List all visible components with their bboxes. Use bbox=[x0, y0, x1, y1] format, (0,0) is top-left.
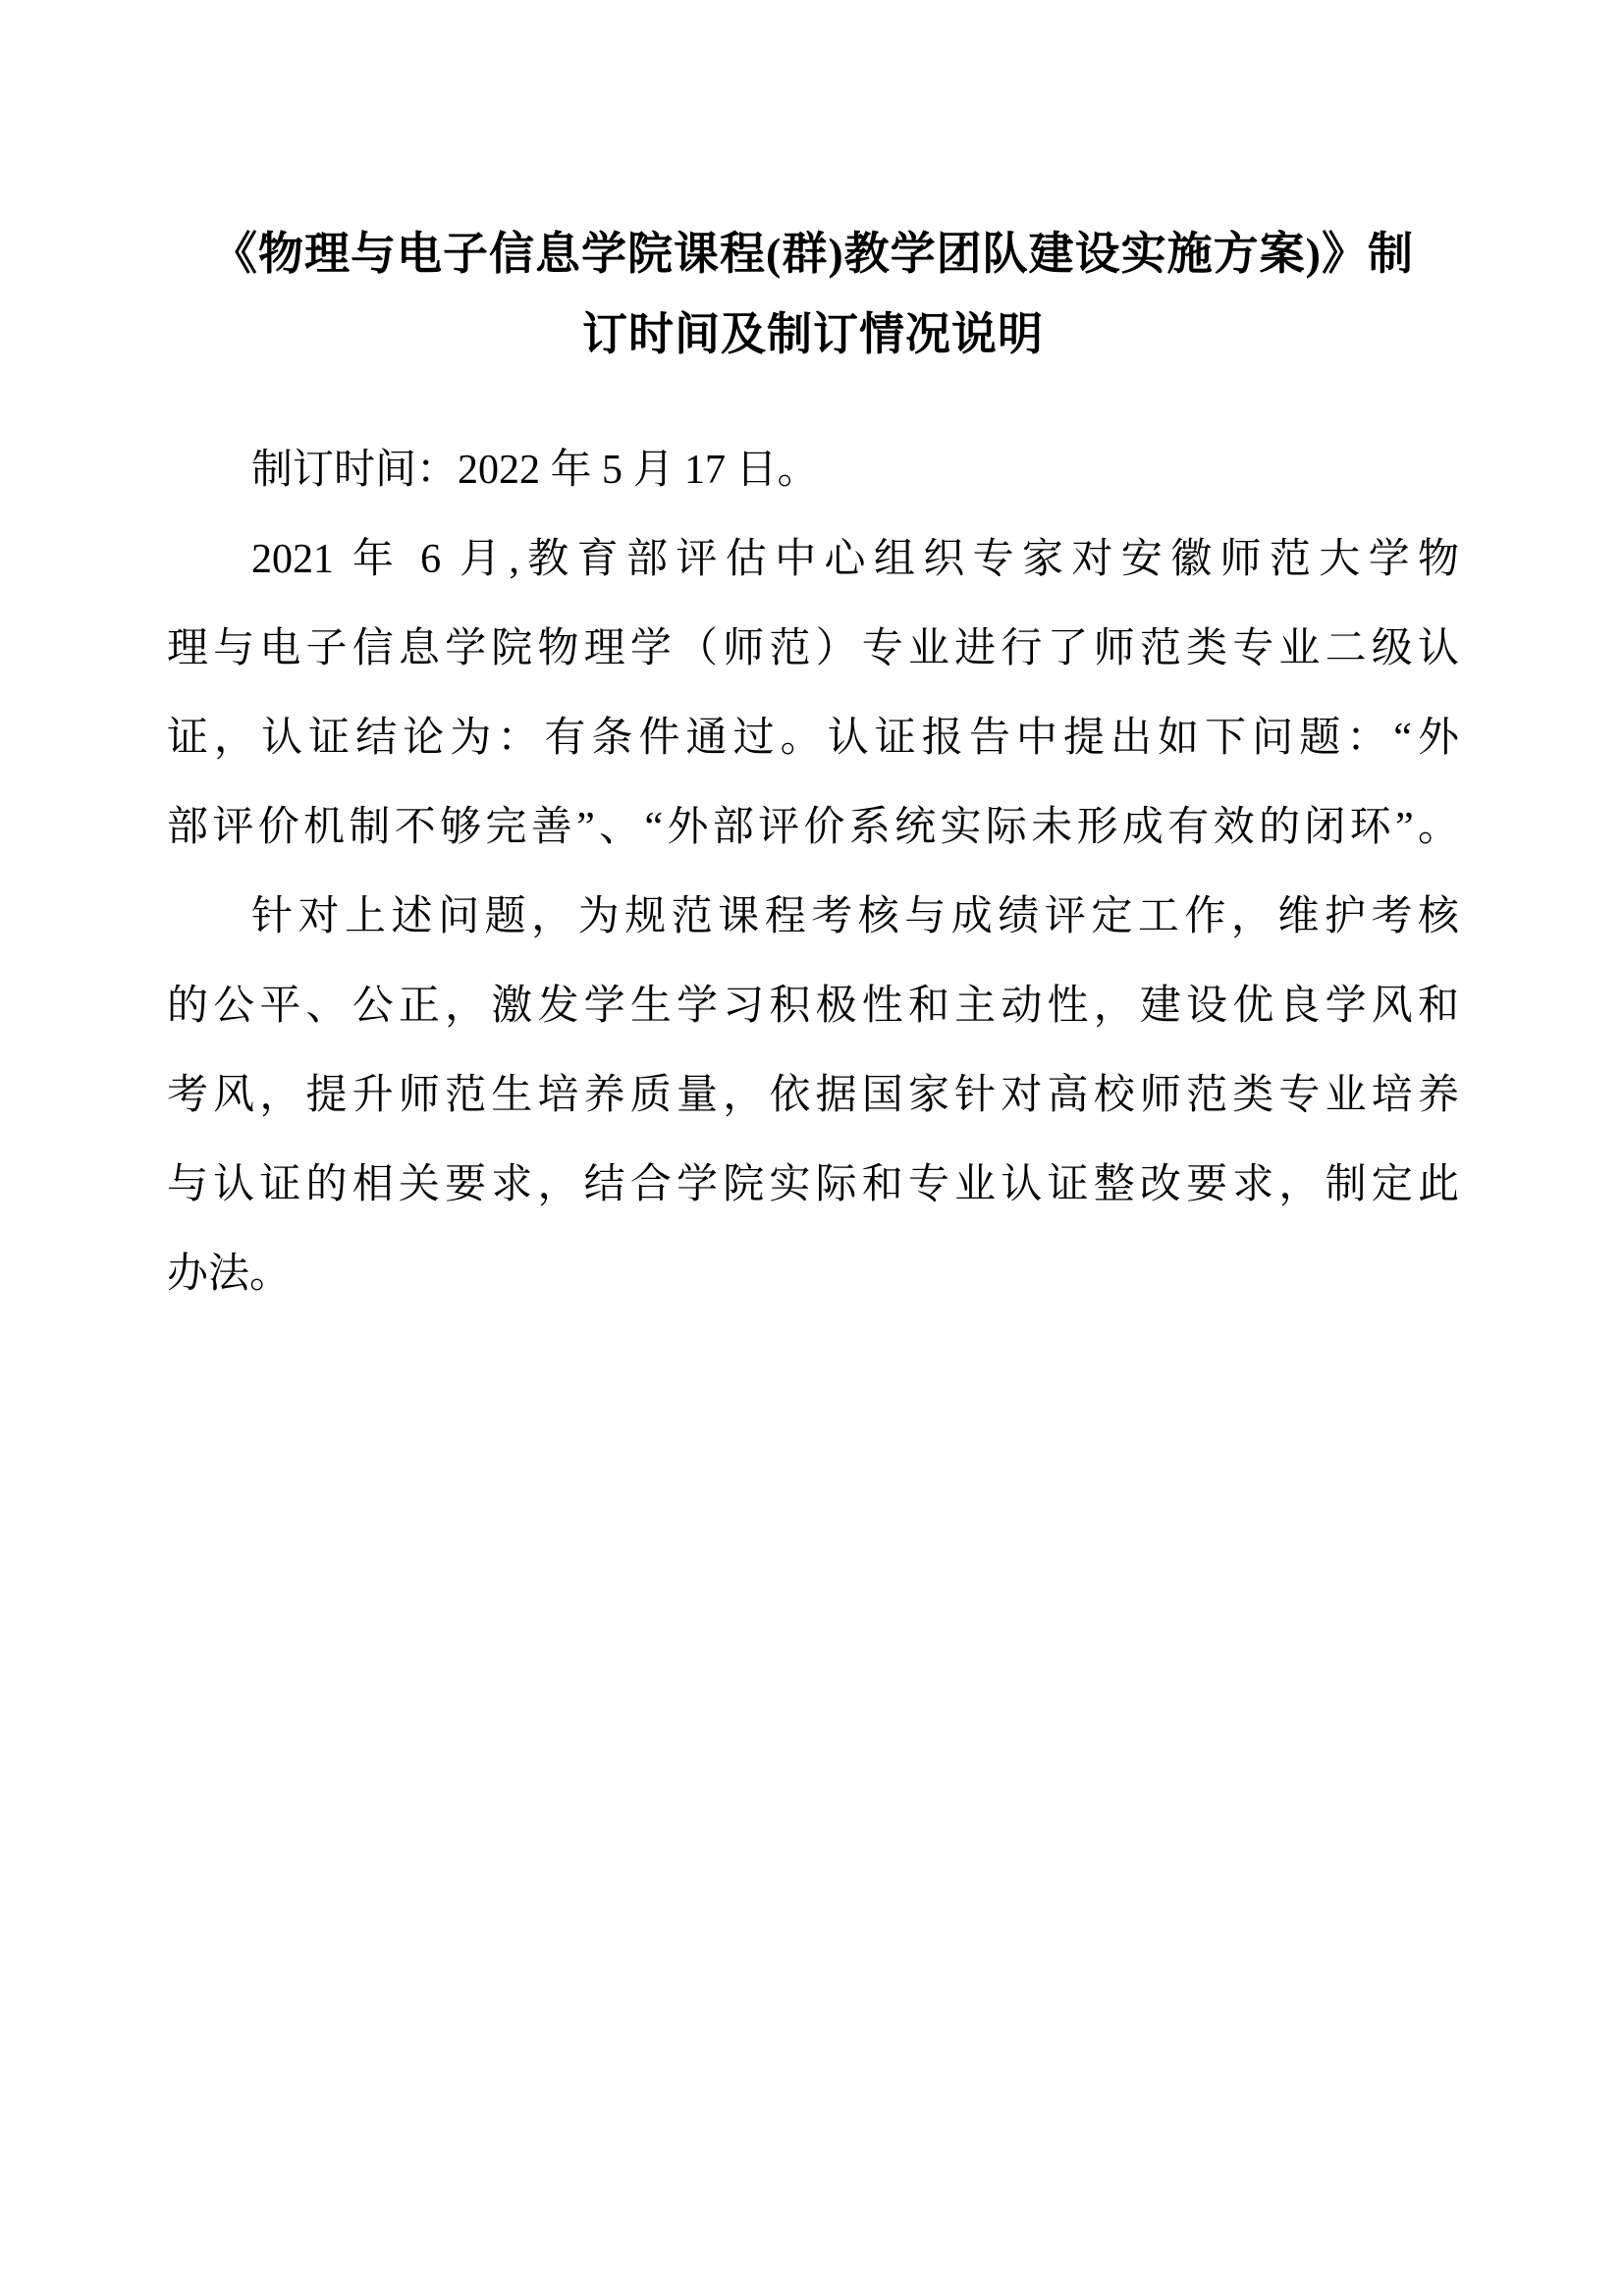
document-content: 《物理与电子信息学院课程(群)教学团队建设实施方案)》制 订时间及制订情况说明 … bbox=[167, 214, 1459, 1319]
document-title: 《物理与电子信息学院课程(群)教学团队建设实施方案)》制 订时间及制订情况说明 bbox=[167, 214, 1459, 375]
document-body: 制订时间：2022 年 5 月 17 日。2021 年 6 月,教育部评估中心组… bbox=[167, 426, 1459, 1319]
text-line: 理与电子信息学院物理学（师范）专业进行了师范类专业二级认 bbox=[167, 605, 1459, 694]
document-page: 《物理与电子信息学院课程(群)教学团队建设实施方案)》制 订时间及制订情况说明 … bbox=[0, 0, 1624, 2296]
title-line-2: 订时间及制订情况说明 bbox=[167, 294, 1459, 375]
text-line: 考风，提升师范生培养质量，依据国家针对高校师范类专业培养 bbox=[167, 1051, 1459, 1141]
text-line: 2021 年 6 月,教育部评估中心组织专家对安徽师范大学物 bbox=[167, 515, 1459, 605]
text-line: 与认证的相关要求，结合学院实际和专业认证整改要求，制定此 bbox=[167, 1141, 1459, 1230]
text-line: 针对上述问题，为规范课程考核与成绩评定工作，维护考核 bbox=[167, 873, 1459, 962]
text-line: 的公平、公正，激发学生学习积极性和主动性，建设优良学风和 bbox=[167, 962, 1459, 1051]
text-line: 证，认证结论为：有条件通过。认证报告中提出如下问题：“外 bbox=[167, 694, 1459, 783]
text-line: 办法。 bbox=[167, 1230, 1459, 1319]
title-line-1: 《物理与电子信息学院课程(群)教学团队建设实施方案)》制 bbox=[167, 214, 1459, 294]
text-line: 制订时间：2022 年 5 月 17 日。 bbox=[167, 426, 1459, 515]
text-line: 部评价机制不够完善”、“外部评价系统实际未形成有效的闭环”。 bbox=[167, 783, 1459, 873]
